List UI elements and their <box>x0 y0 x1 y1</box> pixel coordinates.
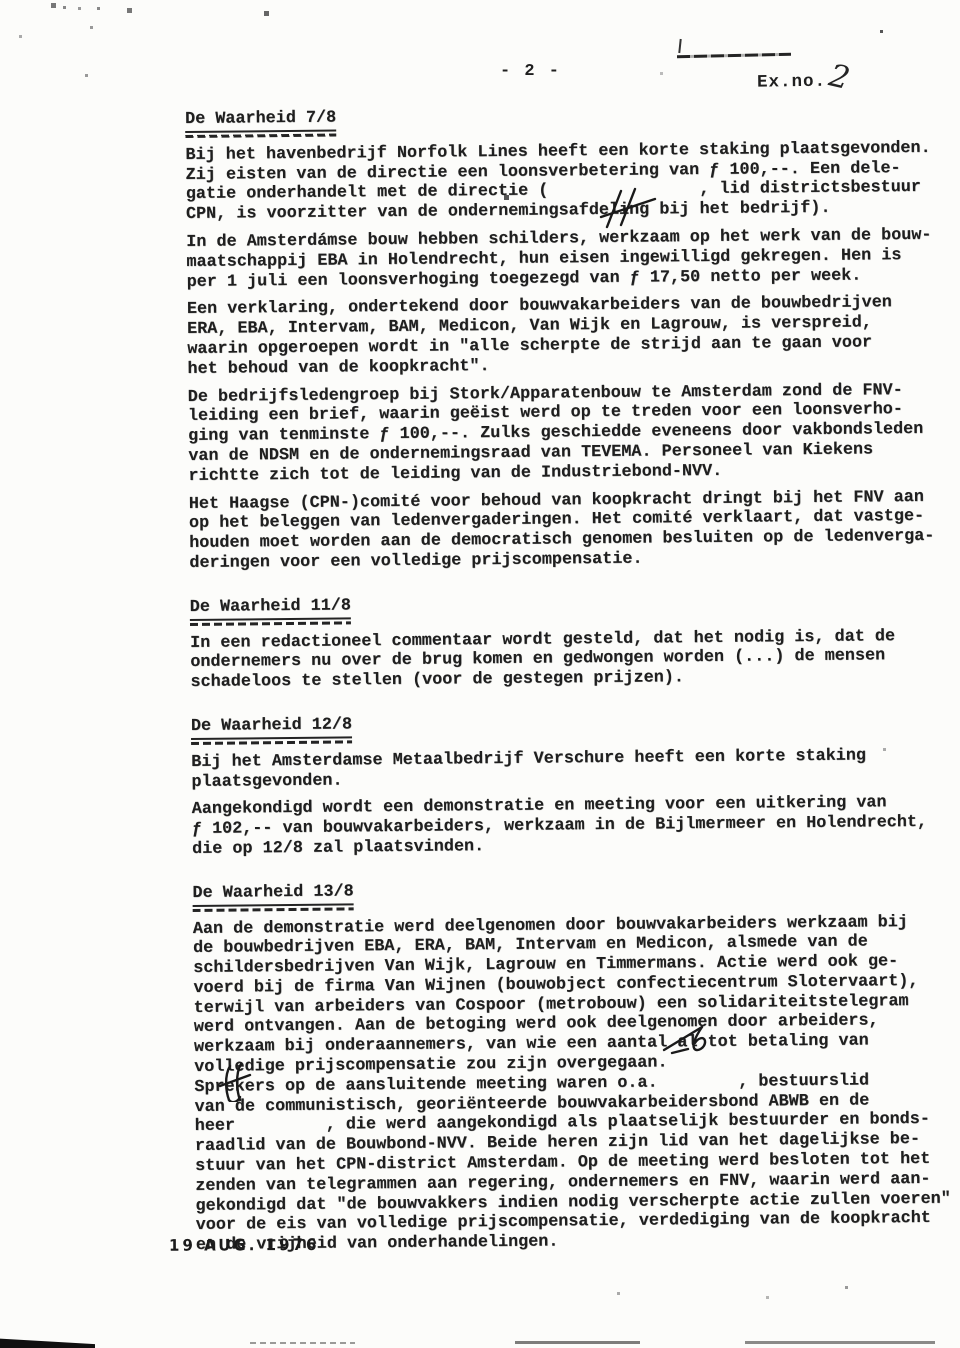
document-body: De Waarheid 7/8 Bij het havenbedrijf Nor… <box>185 103 960 1264</box>
paragraph: Een verklaring, ondertekend door bouwvak… <box>187 293 960 380</box>
scanned-document-page: - 2 - Ex.no.2 De Waarheid 7/8 Bij het ha… <box>0 0 960 1348</box>
section-heading-text: De Waarheid 12/8 <box>191 715 352 739</box>
header-rule-tick <box>678 39 681 53</box>
section-waarheid-13-8: De Waarheid 13/8 Aan de demonstratie wer… <box>192 860 960 1256</box>
paragraph: Het Haagse (CPN-)comité voor behoud van … <box>189 487 960 574</box>
paragraph: In een redactioneel commentaar wordt ges… <box>190 626 960 693</box>
exemplar-number-handwritten: 2 <box>828 65 853 89</box>
section-heading: De Waarheid 13/8 <box>192 882 353 911</box>
redaction-scribble-1 <box>597 183 661 231</box>
section-heading: De Waarheid 11/8 <box>190 596 351 625</box>
paragraph: Aangekondigd wordt een demonstratie en m… <box>192 793 960 860</box>
header-rule <box>677 53 791 58</box>
section-heading-text: De Waarheid 7/8 <box>185 109 336 133</box>
scan-artifact-bottom-line <box>745 1341 935 1344</box>
scan-artifact-bottom-line <box>250 1342 355 1344</box>
section-waarheid-12-8: De Waarheid 12/8 Bij het Amsterdamse Met… <box>191 693 960 859</box>
paragraph: Aan de demonstratie werd deelgenomen doo… <box>193 912 960 1256</box>
paragraph: De bedrijfsledengroep bij Stork/Apparate… <box>188 380 960 486</box>
scan-artifact-bottom-line <box>515 1341 640 1344</box>
paragraph: Bij het Amsterdamse Metaalbedrijf Versch… <box>191 745 960 792</box>
heading-underline-dashes <box>191 740 352 745</box>
paragraph: Bij het havenbedrijf Norfolk Lines heeft… <box>185 138 960 225</box>
redaction-scribble-2 <box>658 1020 720 1058</box>
heading-underline-dashes <box>193 907 354 912</box>
page-number: - 2 - <box>500 62 561 81</box>
heading-underline-dashes <box>185 133 336 137</box>
section-heading-text: De Waarheid 11/8 <box>190 596 351 620</box>
section-waarheid-7-8: De Waarheid 7/8 Bij het havenbedrijf Nor… <box>185 103 960 574</box>
section-heading-text: De Waarheid 13/8 <box>192 882 353 906</box>
section-waarheid-11-8: De Waarheid 11/8 In een redactioneel com… <box>190 574 960 693</box>
paragraph: In de Amsterdámse bouw hebben schilders,… <box>186 226 960 293</box>
scan-artifact-bottom-wedge <box>0 1337 95 1348</box>
section-heading: De Waarheid 12/8 <box>191 715 352 744</box>
scan-specks <box>0 0 3 3</box>
redaction-scribble-3 <box>214 1062 254 1102</box>
exemplar-number-line: Ex.no.2 <box>757 65 851 92</box>
date-stamp: 19 AUG. 1976 <box>169 1235 319 1255</box>
exemplar-label: Ex.no. <box>757 72 826 93</box>
heading-underline-dashes <box>190 621 351 626</box>
section-heading: De Waarheid 7/8 <box>185 109 336 138</box>
